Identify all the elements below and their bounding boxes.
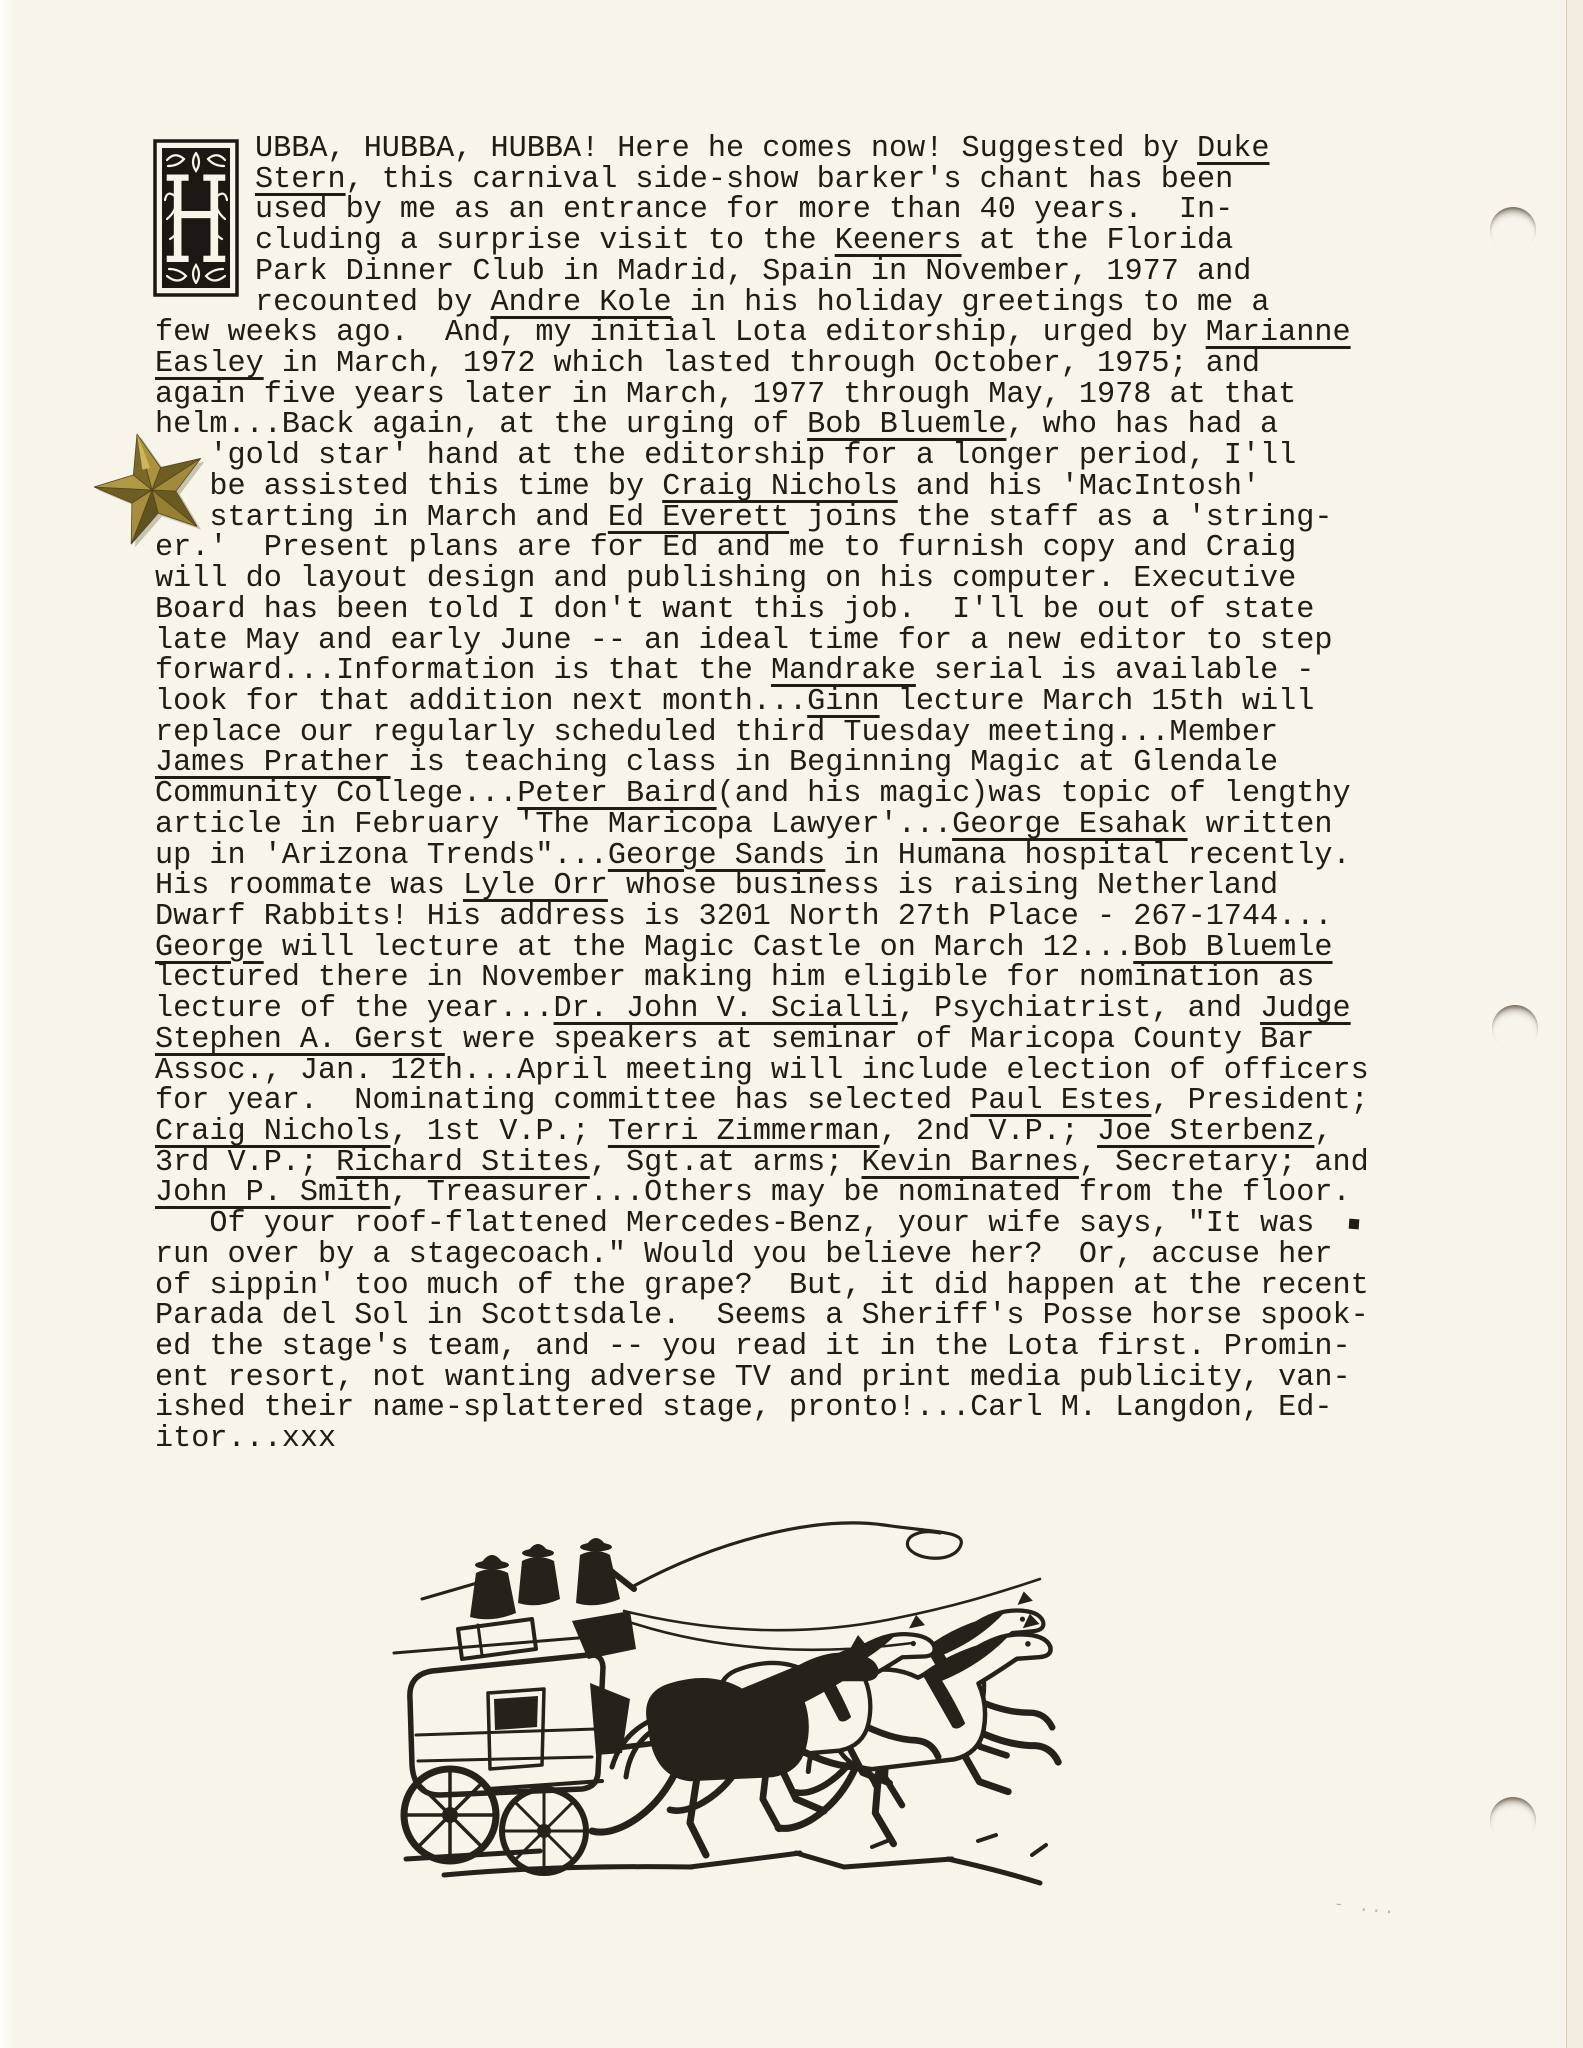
text-segment: Park Dinner Club in Madrid, Spain in Nov… <box>255 255 1251 289</box>
text-line: Easley in March, 1972 which lasted throu… <box>155 349 1369 380</box>
text-line: lectured there in November making him el… <box>155 963 1369 994</box>
text-segment: lectured there in November making him el… <box>155 961 1314 995</box>
text-segment: 3rd V.P.; <box>155 1146 336 1180</box>
rear-wheel <box>404 1769 496 1861</box>
underlined-name: Marianne <box>1206 316 1351 350</box>
text-segment: serial is available - <box>916 654 1315 688</box>
driver-figures <box>470 1538 620 1619</box>
underlined-name: Lyle Orr <box>463 869 608 903</box>
text-line: cluding a surprise visit to the Keeners … <box>155 226 1369 257</box>
text-segment: in Humana hospital recently. <box>825 839 1350 873</box>
text-segment: and his 'MacIntosh' <box>898 470 1260 504</box>
text-line: helm...Back again, at the urging of Bob … <box>155 410 1369 441</box>
text-line: look for that addition next month...Ginn… <box>155 687 1369 718</box>
underlined-name: Keeners <box>835 224 962 258</box>
underlined-name: Andre Kole <box>491 286 672 320</box>
ink-mark <box>1349 1219 1360 1230</box>
underlined-name: Judge <box>1260 992 1351 1026</box>
text-segment: written <box>1188 808 1333 842</box>
text-line: for year. Nominating committee has selec… <box>155 1086 1369 1117</box>
text-segment: , this carnival side-show barker's chant… <box>346 163 1234 197</box>
text-line: Community College...Peter Baird(and his … <box>155 779 1369 810</box>
text-line: Stephen A. Gerst were speakers at semina… <box>155 1025 1369 1056</box>
underlined-name: Stern <box>255 163 346 197</box>
whip <box>632 1523 961 1587</box>
text-segment: will do layout design and publishing on … <box>155 562 1296 596</box>
text-segment: of sippin' too much of the grape? But, i… <box>155 1269 1369 1303</box>
hole-punch <box>1492 1005 1538 1051</box>
underlined-name: Dr. John V. Scialli <box>554 992 898 1026</box>
text-segment: up in 'Arizona Trends"... <box>155 839 608 873</box>
text-segment: were speakers at seminar of Maricopa Cou… <box>445 1023 1315 1057</box>
text-segment: Board has been told I don't want this jo… <box>155 593 1314 627</box>
text-segment: joins the staff as a 'string- <box>789 501 1332 535</box>
hole-punch <box>1490 207 1536 253</box>
text-segment: article in February 'The Maricopa Lawyer… <box>155 808 952 842</box>
underlined-name: Ginn <box>807 685 879 719</box>
text-line: ished their name-splattered stage, pront… <box>155 1393 1369 1424</box>
text-line: Assoc., Jan. 12th...April meeting will i… <box>155 1056 1369 1087</box>
text-segment: Community College... <box>155 777 517 811</box>
text-segment: , 1st V.P.; <box>391 1115 608 1149</box>
text-line: again five years later in March, 1977 th… <box>155 380 1369 411</box>
text-segment: for year. Nominating committee has selec… <box>155 1084 970 1118</box>
underlined-name: George <box>155 931 264 965</box>
underlined-name: George Sands <box>608 839 825 873</box>
scan-edge-left <box>0 0 16 2048</box>
text-segment: forward...Information is that the <box>155 654 771 688</box>
text-line: UBBA, HUBBA, HUBBA! Here he comes now! S… <box>155 134 1369 165</box>
text-line: replace our regularly scheduled third Tu… <box>155 718 1369 749</box>
text-line: starting in March and Ed Everett joins t… <box>155 503 1369 534</box>
underlined-name: Craig Nichols <box>662 470 898 504</box>
underlined-name: Bob Bluemle <box>1133 931 1332 965</box>
text-segment: again five years later in March, 1977 th… <box>155 378 1296 412</box>
text-segment: 'gold star' hand at the editorship for a… <box>155 439 1296 473</box>
text-segment: lecture of the year... <box>155 992 554 1026</box>
text-segment: cluding a surprise visit to the <box>255 224 835 258</box>
text-line: Park Dinner Club in Madrid, Spain in Nov… <box>155 257 1369 288</box>
text-segment: Assoc., Jan. 12th...April meeting will i… <box>155 1054 1369 1088</box>
text-segment: Parada del Sol in Scottsdale. Seems a Sh… <box>155 1299 1369 1333</box>
underlined-name: John P. Smith <box>155 1176 391 1210</box>
hole-punch <box>1490 1797 1536 1843</box>
underlined-name: Stephen A. Gerst <box>155 1023 445 1057</box>
text-line: Board has been told I don't want this jo… <box>155 595 1369 626</box>
underlined-name: Duke <box>1197 132 1269 166</box>
text-segment: , 2nd V.P.; <box>880 1115 1097 1149</box>
text-segment: in his holiday greetings to me a <box>672 286 1270 320</box>
underlined-name: Ed Everett <box>608 501 789 535</box>
text-segment: , Sgt.at arms; <box>590 1146 862 1180</box>
text-line: article in February 'The Maricopa Lawyer… <box>155 810 1369 841</box>
stagecoach-illustration <box>392 1503 1082 1908</box>
text-line: lecture of the year...Dr. John V. Sciall… <box>155 994 1369 1025</box>
text-segment: His roommate was <box>155 869 463 903</box>
text-line: itor...xxx <box>155 1424 1369 1455</box>
underlined-name: Terri Zimmerman <box>608 1115 880 1149</box>
text-segment: , Treasurer...Others may be nominated fr… <box>391 1176 1351 1210</box>
scan-edge-right <box>1566 0 1583 2048</box>
underlined-name: George Esahak <box>952 808 1188 842</box>
underlined-name: Richard Stites <box>336 1146 590 1180</box>
text-segment: , Psychiatrist, and <box>898 992 1260 1026</box>
text-segment: replace our regularly scheduled third Tu… <box>155 716 1278 750</box>
text-segment: , who has had a <box>1006 408 1278 442</box>
text-segment: ished their name-splattered stage, pront… <box>155 1391 1333 1425</box>
text-line: George will lecture at the Magic Castle … <box>155 933 1369 964</box>
text-segment: Dwarf Rabbits! His address is 3201 North… <box>155 900 1333 934</box>
text-line: Craig Nichols, 1st V.P.; Terri Zimmerman… <box>155 1117 1369 1148</box>
text-segment: , Secretary; and <box>1079 1146 1369 1180</box>
text-segment: will lecture at the Magic Castle on Marc… <box>264 931 1134 965</box>
text-segment: , <box>1314 1115 1332 1149</box>
text-line: ent resort, not wanting adverse TV and p… <box>155 1363 1369 1394</box>
text-line: be assisted this time by Craig Nichols a… <box>155 472 1369 503</box>
text-segment: whose business is raising Netherland <box>608 869 1278 903</box>
text-segment: helm...Back again, at the urging of <box>155 408 807 442</box>
text-segment: be assisted this time by <box>155 470 662 504</box>
text-line: James Prather is teaching class in Begin… <box>155 748 1369 779</box>
front-wheel <box>502 1789 586 1873</box>
text-line: er.' Present plans are for Ed and me to … <box>155 533 1369 564</box>
underlined-name: Bob Bluemle <box>807 408 1006 442</box>
underlined-name: Peter Baird <box>517 777 716 811</box>
text-segment: ed the stage's team, and -- you read it … <box>155 1330 1351 1364</box>
scanned-newsletter-page: H UBBA, HUBBA, HUBBA! Here he comes now!… <box>0 0 1583 2048</box>
text-line: Stern, this carnival side-show barker's … <box>155 165 1369 196</box>
text-segment: , President; <box>1151 1084 1368 1118</box>
underlined-name: Joe Sterbenz <box>1097 1115 1314 1149</box>
text-segment: UBBA, HUBBA, HUBBA! Here he comes now! S… <box>255 132 1197 166</box>
text-line: of sippin' too much of the grape? But, i… <box>155 1271 1369 1302</box>
text-line: will do layout design and publishing on … <box>155 564 1369 595</box>
text-segment: few weeks ago. And, my initial Lota edit… <box>155 316 1206 350</box>
text-line: Of your roof-flattened Mercedes-Benz, yo… <box>155 1209 1369 1240</box>
text-segment: Of your roof-flattened Mercedes-Benz, yo… <box>155 1207 1314 1241</box>
text-segment: is teaching class in Beginning Magic at … <box>391 746 1279 780</box>
text-segment: starting in March and <box>155 501 608 535</box>
text-segment: (and his magic)was topic of lengthy <box>717 777 1351 811</box>
text-segment: look for that addition next month... <box>155 685 807 719</box>
underlined-name: Paul Estes <box>970 1084 1151 1118</box>
text-line: forward...Information is that the Mandra… <box>155 656 1369 687</box>
text-line: up in 'Arizona Trends"...George Sands in… <box>155 841 1369 872</box>
text-line: His roommate was Lyle Orr whose business… <box>155 871 1369 902</box>
underlined-name: Mandrake <box>771 654 916 688</box>
text-line: Dwarf Rabbits! His address is 3201 North… <box>155 902 1369 933</box>
text-segment: itor...xxx <box>155 1422 336 1456</box>
typewritten-text: UBBA, HUBBA, HUBBA! Here he comes now! S… <box>155 134 1369 1455</box>
text-segment: at the Florida <box>962 224 1234 258</box>
text-line: Parada del Sol in Scottsdale. Seems a Sh… <box>155 1301 1369 1332</box>
underlined-name: Easley <box>155 347 264 381</box>
text-line: ed the stage's team, and -- you read it … <box>155 1332 1369 1363</box>
text-segment: used by me as an entrance for more than … <box>255 193 1233 227</box>
text-segment: ent resort, not wanting adverse TV and p… <box>155 1361 1351 1395</box>
text-segment: late May and early June -- an ideal time… <box>155 624 1333 658</box>
text-line: John P. Smith, Treasurer...Others may be… <box>155 1178 1369 1209</box>
text-line: late May and early June -- an ideal time… <box>155 626 1369 657</box>
underlined-name: James Prather <box>155 746 391 780</box>
text-line: used by me as an entrance for more than … <box>155 195 1369 226</box>
text-line: run over by a stagecoach." Would you bel… <box>155 1240 1369 1271</box>
text-segment: er.' Present plans are for Ed and me to … <box>155 531 1296 565</box>
text-line: few weeks ago. And, my initial Lota edit… <box>155 318 1369 349</box>
text-line: recounted by Andre Kole in his holiday g… <box>155 288 1369 319</box>
underlined-name: Kevin Barnes <box>862 1146 1079 1180</box>
text-segment: recounted by <box>255 286 491 320</box>
underlined-name: Craig Nichols <box>155 1115 391 1149</box>
scan-smudge: - ... <box>1333 1895 1397 1918</box>
text-segment: run over by a stagecoach." Would you bel… <box>155 1238 1333 1272</box>
text-line: 3rd V.P.; Richard Stites, Sgt.at arms; K… <box>155 1148 1369 1179</box>
text-line: 'gold star' hand at the editorship for a… <box>155 441 1369 472</box>
text-segment: lecture March 15th will <box>880 685 1315 719</box>
stagecoach-body <box>394 1538 636 1873</box>
text-segment: in March, 1972 which lasted through Octo… <box>264 347 1260 381</box>
